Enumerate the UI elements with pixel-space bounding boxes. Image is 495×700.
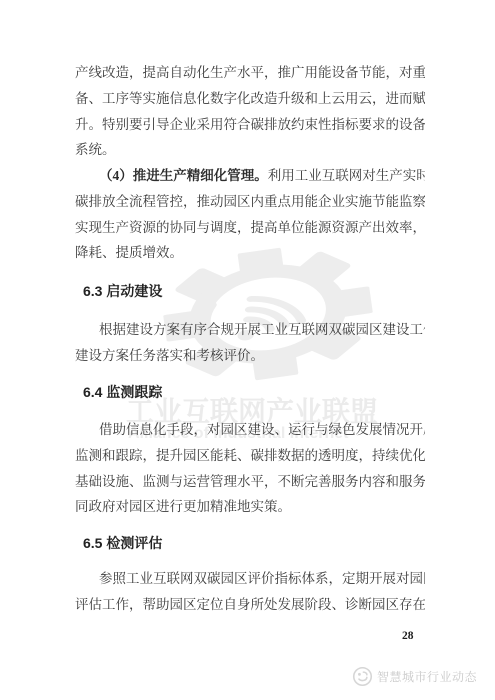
text-line: 同政府对园区进行更加精准地实策。 (75, 494, 425, 520)
page-number: 28 (402, 630, 414, 642)
section-heading-6-5: 6.5 检测评估 (83, 535, 423, 551)
text-line: 借助信息化手段，对园区建设、运行与绿色发展情况开展实时的 (75, 417, 425, 443)
text-line: 碳排放全流程管控，推动园区内重点用能企业实施节能监察全覆盖， (75, 189, 425, 215)
text-line: 参照工业互联网双碳园区评价指标体系，定期开展对园区的检测 (75, 566, 425, 592)
paragraph-6-5: 参照工业互联网双碳园区评价指标体系，定期开展对园区的检测 评估工作，帮助园区定位… (75, 566, 425, 618)
text-line: 系统。 (75, 137, 425, 163)
text-line: 基础设施、监测与运营管理水平，不断完善服务内容和服务水平，协 (75, 469, 425, 495)
text-line: （4）推进生产精细化管理。利用工业互联网对生产实时数据进行 (75, 163, 425, 189)
footer-brand: 智慧城市行业动态 (352, 666, 477, 687)
footer-source-label: 智慧城市行业动态 (377, 668, 477, 685)
text-line: 产线改造，提高自动化生产水平，推广用能设备节能，对重点用能设 (75, 60, 425, 86)
item4-lead-rest: 利用工业互联网对生产实时数据进行 (268, 168, 425, 183)
text-line: 监测和跟踪，提升园区能耗、碳排数据的透明度，持续优化园区数字 (75, 443, 425, 469)
item4-bold-lead: （4）推进生产精细化管理。 (99, 168, 268, 183)
source-logo-icon (352, 666, 373, 687)
text-line: 评估工作，帮助园区定位自身所处发展阶段、诊断园区存在问题、识 (75, 592, 425, 618)
text-line: 建设方案任务落实和考核评价。 (75, 343, 425, 369)
section-heading-6-4: 6.4 监测跟踪 (83, 384, 423, 400)
text-line: 根据建设方案有序合规开展工业互联网双碳园区建设工作，加强 (75, 317, 425, 343)
text-line: 实现生产资源的协同与调度，提高单位能源资源产出效率，促进节能 (75, 215, 425, 241)
text-line: 备、工序等实施信息化数字化改造升级和上云用云，进而赋能产能提 (75, 86, 425, 112)
text-line: 降耗、提质增效。 (75, 240, 425, 266)
paragraph-6-3: 根据建设方案有序合规开展工业互联网双碳园区建设工作，加强 建设方案任务落实和考核… (75, 317, 425, 369)
section-heading-6-3: 6.3 启动建设 (83, 283, 423, 299)
document-page: 工业互联网产业联盟 Alliance of Industrial Interne… (0, 0, 495, 700)
paragraph-continuation: 产线改造，提高自动化生产水平，推广用能设备节能，对重点用能设 备、工序等实施信息… (75, 60, 425, 163)
paragraph-item4: （4）推进生产精细化管理。利用工业互联网对生产实时数据进行 碳排放全流程管控，推… (75, 163, 425, 266)
paragraph-6-4: 借助信息化手段，对园区建设、运行与绿色发展情况开展实时的 监测和跟踪，提升园区能… (75, 417, 425, 520)
text-line: 升。特别要引导企业采用符合碳排放约束性指标要求的设备、设施和 (75, 112, 425, 138)
